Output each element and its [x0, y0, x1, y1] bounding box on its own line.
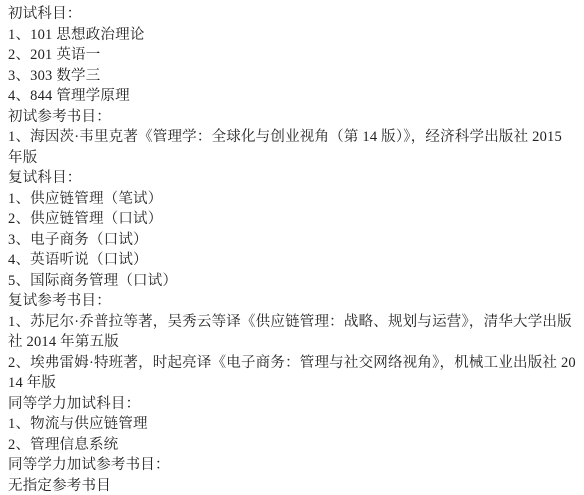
- section-heading: 初试科目：: [8, 4, 578, 25]
- list-item: 5、国际商务管理（口试）: [8, 271, 578, 292]
- exam-subjects-document: 初试科目： 1、101 思想政治理论 2、201 英语一 3、303 数学三 4…: [0, 0, 584, 495]
- list-item: 3、电子商务（口试）: [8, 230, 578, 251]
- list-item: 无指定参考书目: [8, 476, 578, 495]
- section-equivalent-degree-references: 同等学力加试参考书目： 无指定参考书目: [8, 455, 578, 495]
- list-item: 3、303 数学三: [8, 66, 578, 87]
- section-heading: 同等学力加试科目：: [8, 394, 578, 415]
- section-heading: 初试参考书目：: [8, 107, 578, 128]
- list-item: 2、埃弗雷姆·特班著，时起亮译《电子商务：管理与社交网络视角》，机械工业出版社 …: [8, 353, 578, 394]
- section-initial-exam-references: 初试参考书目： 1、海因茨·韦里克著《管理学：全球化与创业视角（第 14 版）》…: [8, 107, 578, 169]
- list-item: 1、海因茨·韦里克著《管理学：全球化与创业视角（第 14 版）》，经济科学出版社…: [8, 127, 578, 168]
- list-item: 2、供应链管理（口试）: [8, 209, 578, 230]
- list-item: 2、201 英语一: [8, 45, 578, 66]
- list-item: 1、101 思想政治理论: [8, 25, 578, 46]
- list-item: 4、844 管理学原理: [8, 86, 578, 107]
- list-item: 2、管理信息系统: [8, 435, 578, 456]
- list-item: 1、苏尼尔·乔普拉等著，吴秀云等译《供应链管理：战略、规划与运营》，清华大学出版…: [8, 312, 578, 353]
- section-heading: 同等学力加试参考书目：: [8, 455, 578, 476]
- section-initial-exam-subjects: 初试科目： 1、101 思想政治理论 2、201 英语一 3、303 数学三 4…: [8, 4, 578, 107]
- section-heading: 复试科目：: [8, 168, 578, 189]
- section-heading: 复试参考书目：: [8, 291, 578, 312]
- section-retest-references: 复试参考书目： 1、苏尼尔·乔普拉等著，吴秀云等译《供应链管理：战略、规划与运营…: [8, 291, 578, 394]
- section-equivalent-degree-subjects: 同等学力加试科目： 1、物流与供应链管理 2、管理信息系统: [8, 394, 578, 456]
- section-retest-subjects: 复试科目： 1、供应链管理（笔试） 2、供应链管理（口试） 3、电子商务（口试）…: [8, 168, 578, 291]
- list-item: 1、物流与供应链管理: [8, 414, 578, 435]
- list-item: 1、供应链管理（笔试）: [8, 189, 578, 210]
- list-item: 4、英语听说（口试）: [8, 250, 578, 271]
